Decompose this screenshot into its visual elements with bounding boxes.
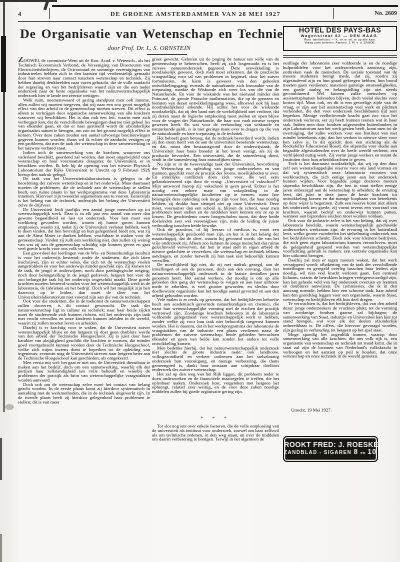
paragraph: Een groot deel der leerlingen van de Wis…	[18, 251, 150, 299]
paragraph: Het zal op den weg van het Rijk liggen, …	[152, 372, 279, 394]
paragraph: Men bedenke hierbij, dat het natuurweten…	[152, 346, 279, 372]
article-title: De Organisatie van Wetenschap en Technie…	[20, 26, 278, 42]
paragraph: Ook voor de industrie zelve is het van b…	[283, 219, 397, 258]
paragraph: groot gewicht. Geboren uit de poging de …	[152, 57, 279, 136]
cigar-ad-price-a: 8	[354, 449, 359, 456]
dateline-wrap: Utrecht, 19 Mei 1927.	[291, 408, 400, 415]
paragraph: Tot slot nog iets over enkele factoren, …	[152, 424, 279, 442]
cigar-ad-brand: ROOKT FRED: J. ROESKE	[284, 441, 377, 449]
paragraph: Welk ruim, noemenswaard of gering standp…	[18, 98, 150, 151]
dateline: Utrecht, 19 Mei 1927.	[291, 408, 400, 413]
paragraph: Toch is het daarnaast noodzakelijk, dat …	[283, 162, 397, 219]
masthead: 4 DE GROENE AMSTERDAMMER VAN 28 MEI 1927…	[18, 9, 397, 20]
scan-artifact-left-thick	[1, 36, 6, 92]
top-border-rule	[52, 5, 398, 7]
header-rule	[18, 21, 397, 22]
paragraph: Het behoeft geen betoog, dat de techniek…	[152, 136, 279, 162]
cigar-ad-product: ZANDBLAD - SIGAREN	[284, 450, 352, 456]
page-number: 4	[18, 11, 52, 18]
paragraph: outillage der laboratoria zeer voldoende…	[283, 61, 397, 162]
paragraph: Indien toch de samenwerking van de krach…	[18, 150, 150, 176]
scan-artifact-bottom-left-2	[0, 534, 2, 562]
paragraph: Vele malen is er reeds op gewezen, dat h…	[152, 298, 279, 346]
scan-artifact-bottom-left-1	[0, 438, 2, 480]
cigar-ad-product-line: ZANDBLAD - SIGAREN 8 en 10 cts	[284, 449, 377, 457]
paragraph: Nu zijn er in de tweevoudige taak der Un…	[152, 162, 279, 228]
cigar-ad-price-sep: en	[360, 450, 365, 455]
issue-number: No. 2609	[339, 11, 397, 17]
hotel-ad-info-line2: Vraag onze tarieven. Aanbev. J. M. v. d.…	[284, 42, 396, 45]
paragraph: De taak van het Universiteitslaboratoriu…	[18, 177, 150, 208]
article-column-1: ZOOWEL de commissie-Went uit de Kon. Aca…	[18, 57, 150, 456]
paragraph: Daarbij zal men er tegen moeten waken, d…	[283, 258, 397, 302]
scan-artifact-blob	[5, 404, 14, 410]
article-byline: door Prof. Dr. L. S. ORNSTEIN	[20, 45, 278, 52]
paragraph: Men versta mij wel: het gaat er niet om,…	[18, 360, 150, 382]
paragraph: De moeilijkheid ligt niet, dit zij met n…	[152, 263, 279, 298]
paragraph: Daarbij is er krachtig voor te waken, da…	[18, 325, 150, 360]
masthead-divider-right	[333, 8, 334, 19]
paragraph: Doch ook om de wetenschap zelve moet het…	[18, 382, 150, 404]
cigar-ad-price-unit: cts	[379, 450, 385, 455]
article-column-2: groot gewicht. Geboren uit de poging de …	[152, 57, 279, 416]
paragraph: Moge spoedig het oogenblik komen, waarop…	[283, 332, 397, 358]
under-ad-rule	[283, 55, 397, 58]
paragraph: Ook de practicus, of hij leeraar of medi…	[152, 228, 279, 263]
byline-rule	[147, 54, 187, 55]
paragraph: De Universiteit leidt jaarlijks een aant…	[18, 207, 150, 251]
paragraph: Ook voor die studenten, die in de toekom…	[18, 299, 150, 325]
article-column-3: outillage der laboratoria zeer voldoende…	[283, 61, 397, 408]
section-separator: * * *	[152, 417, 279, 422]
masthead-divider-left	[49, 8, 50, 19]
closing-paragraph-start: Tot slot nog iets over enkele factoren, …	[152, 424, 279, 456]
hotel-advertisement: HOTEL DES PAYS-BAS Wagenstraat 82 — DEN …	[283, 26, 397, 51]
masthead-title: DE GROENE AMSTERDAMMER VAN 28 MEI 1927	[52, 11, 339, 18]
cigar-ad-price-b: 10	[368, 449, 377, 456]
cigar-advertisement: ROOKT FRED: J. ROESKE ZANDBLAD - SIGAREN…	[283, 436, 378, 462]
paragraph: ZOOWEL de commissie-Went uit de Kon. Aca…	[18, 57, 150, 98]
paragraph: Te verwachten is, dat het bedrijfsleven,…	[283, 302, 397, 333]
scan-artifact-left-low	[3, 300, 5, 412]
